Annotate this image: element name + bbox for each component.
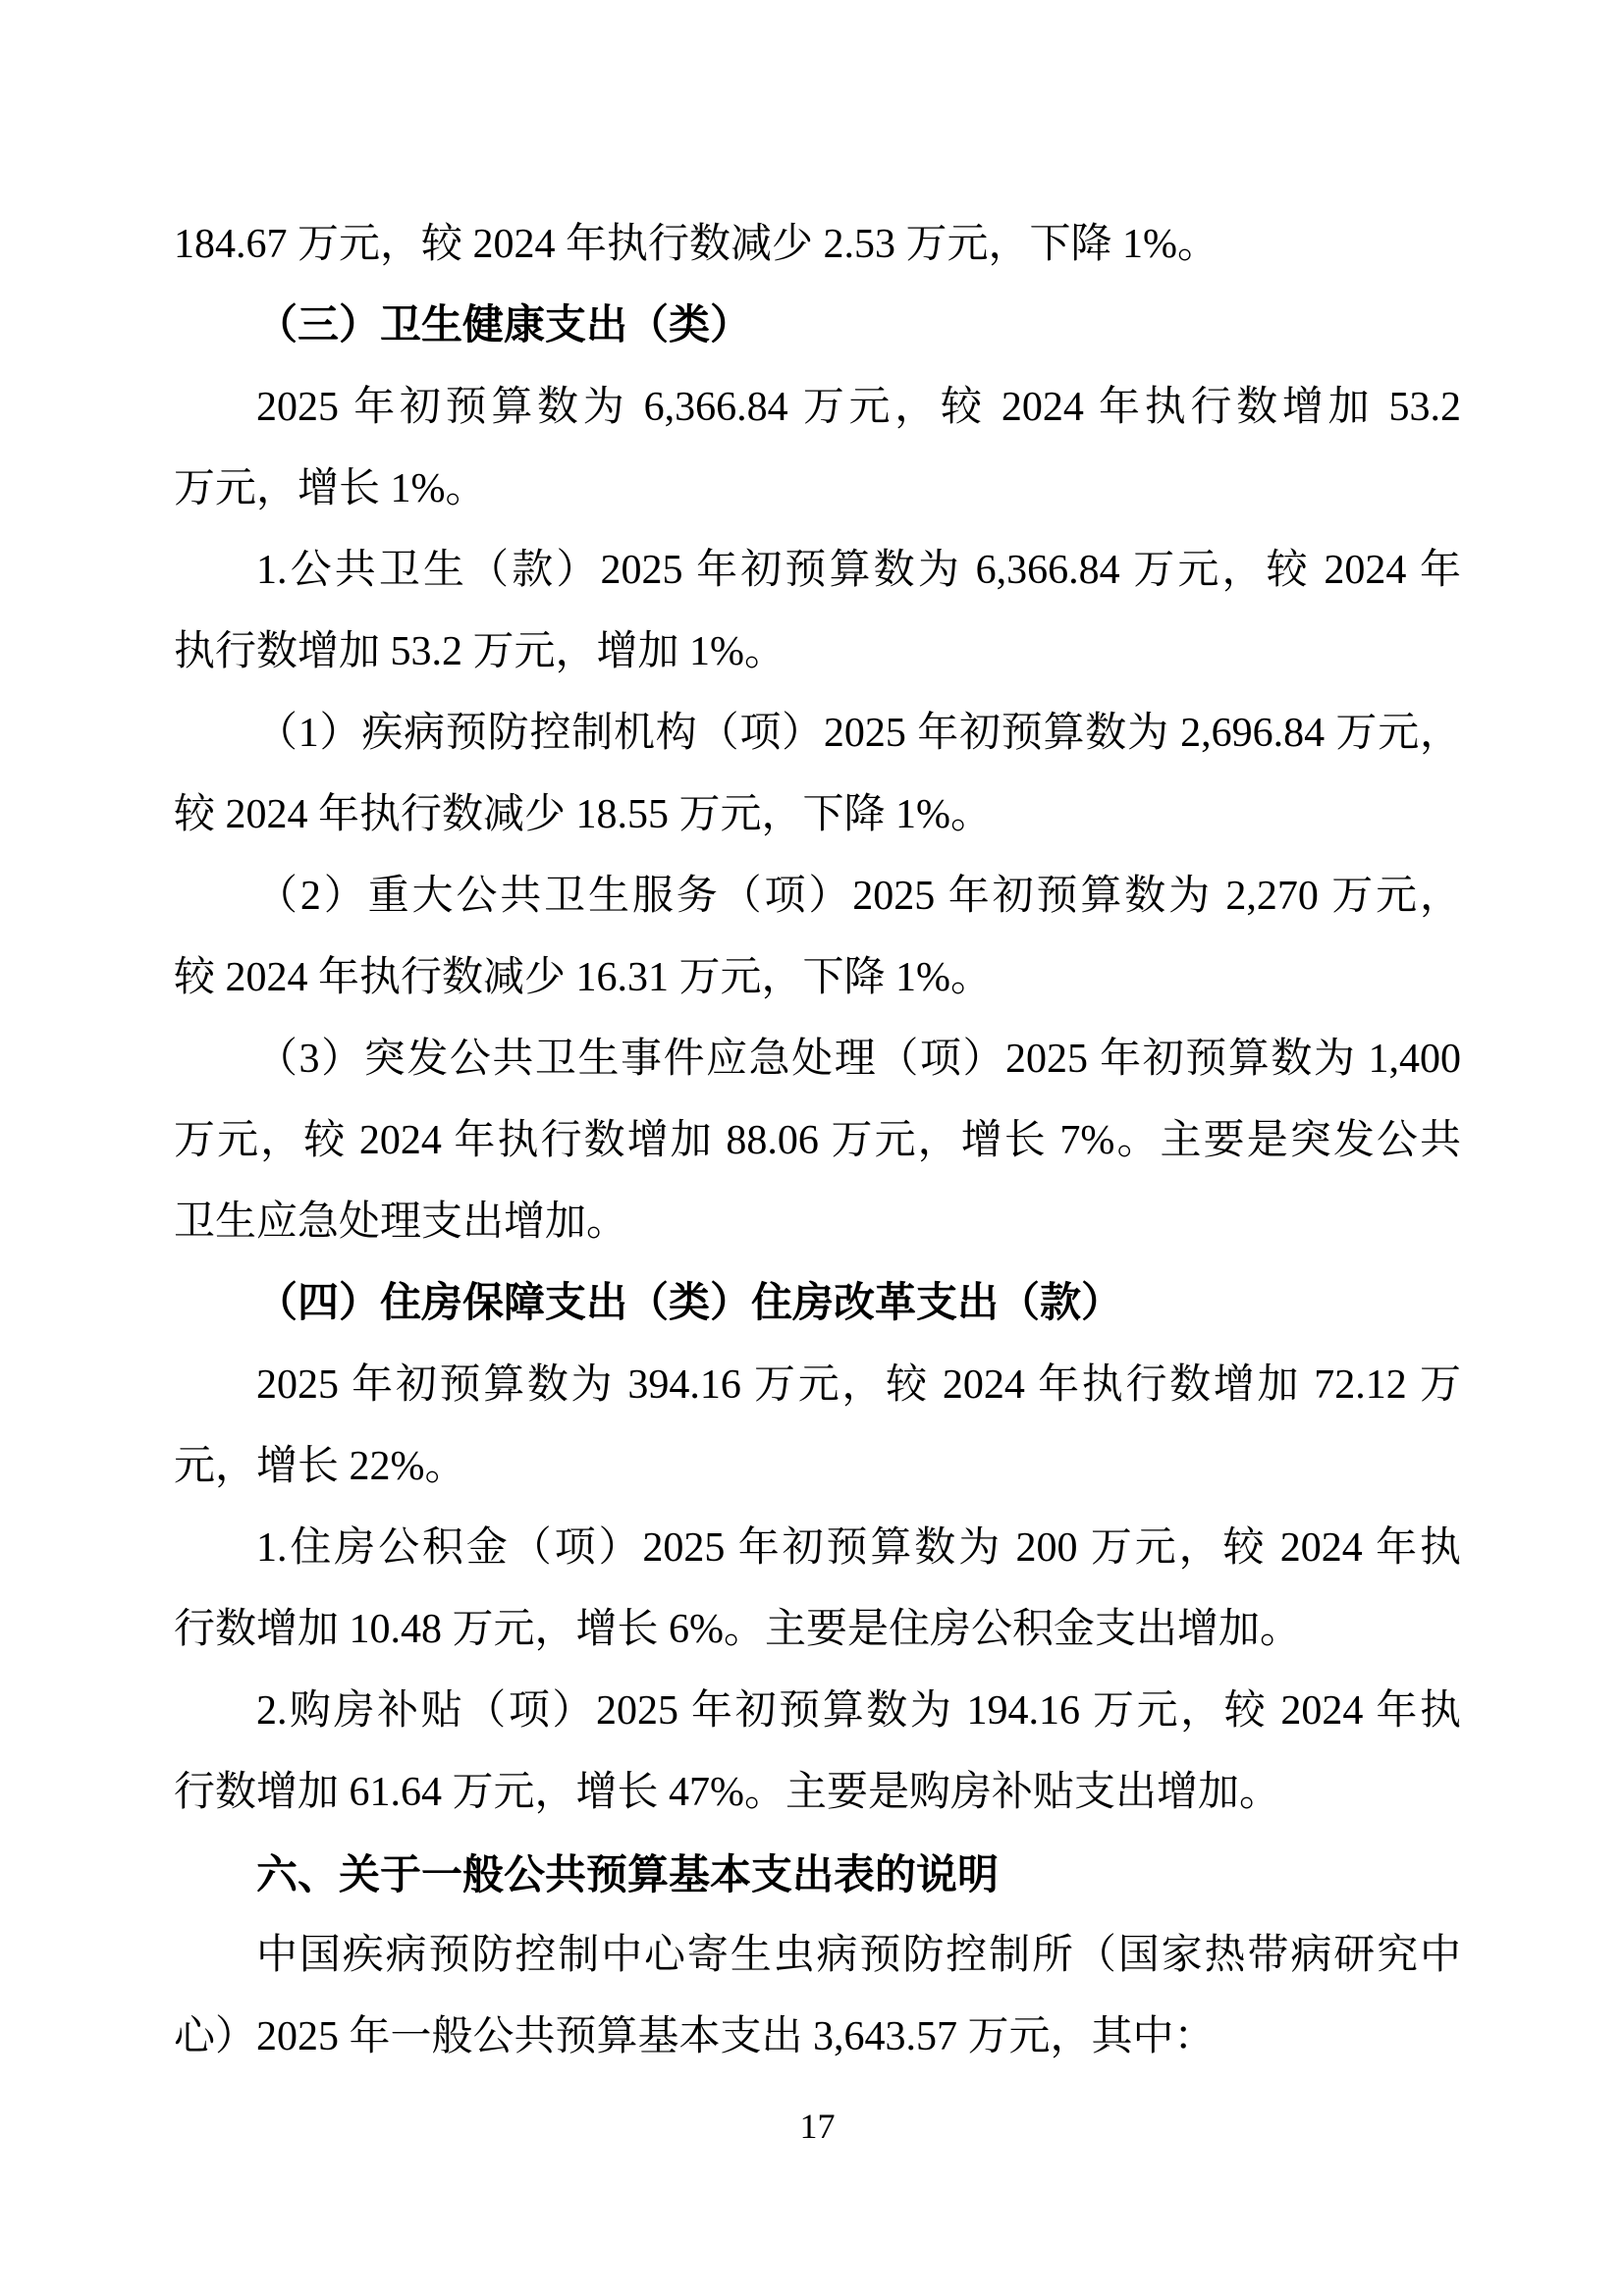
text-line: 较 2024 年执行数减少 16.31 万元，下降 1%。: [174, 937, 1461, 1019]
text-line: 元，增长 22%。: [174, 1426, 1461, 1508]
text-line: （3）突发公共卫生事件应急处理（项）2025 年初预算数为 1,400: [174, 1019, 1461, 1100]
section-heading: 六、关于一般公共预算基本支出表的说明: [174, 1834, 1461, 1915]
text-line: 2025 年初预算数为 6,366.84 万元，较 2024 年执行数增加 53…: [174, 367, 1461, 449]
text-line: 万元，较 2024 年执行数增加 88.06 万元，增长 7%。主要是突发公共: [174, 1100, 1461, 1182]
paragraph: （1）疾病预防控制机构（项）2025 年初预算数为 2,696.84 万元，较 …: [174, 693, 1461, 856]
text-line: （三）卫生健康支出（类）: [174, 286, 1461, 367]
section-heading: （三）卫生健康支出（类）: [174, 286, 1461, 367]
text-line: （四）住房保障支出（类）住房改革支出（款）: [174, 1263, 1461, 1345]
paragraph: 1.住房公积金（项）2025 年初预算数为 200 万元，较 2024 年执行数…: [174, 1508, 1461, 1671]
text-line: 行数增加 61.64 万元，增长 47%。主要是购房补贴支出增加。: [174, 1752, 1461, 1834]
paragraph: （2）重大公共卫生服务（项）2025 年初预算数为 2,270 万元，较 202…: [174, 856, 1461, 1019]
paragraph: （3）突发公共卫生事件应急处理（项）2025 年初预算数为 1,400万元，较 …: [174, 1019, 1461, 1263]
text-line: 1.住房公积金（项）2025 年初预算数为 200 万元，较 2024 年执: [174, 1508, 1461, 1589]
text-line: 1.公共卫生（款）2025 年初预算数为 6,366.84 万元，较 2024 …: [174, 530, 1461, 612]
text-line: 中国疾病预防控制中心寄生虫病预防控制所（国家热带病研究中: [174, 1915, 1461, 1997]
text-line: （1）疾病预防控制机构（项）2025 年初预算数为 2,696.84 万元，: [174, 693, 1461, 774]
text-line: 184.67 万元，较 2024 年执行数减少 2.53 万元，下降 1%。: [174, 204, 1461, 286]
text-line: 2.购房补贴（项）2025 年初预算数为 194.16 万元，较 2024 年执: [174, 1671, 1461, 1752]
document-page: 184.67 万元，较 2024 年执行数减少 2.53 万元，下降 1%。（三…: [0, 0, 1624, 2296]
text-line: 较 2024 年执行数减少 18.55 万元，下降 1%。: [174, 774, 1461, 856]
text-line: 心）2025 年一般公共预算基本支出 3,643.57 万元，其中：: [174, 1997, 1461, 2078]
paragraph: 2025 年初预算数为 6,366.84 万元，较 2024 年执行数增加 53…: [174, 367, 1461, 530]
section-heading: （四）住房保障支出（类）住房改革支出（款）: [174, 1263, 1461, 1345]
paragraph: 1.公共卫生（款）2025 年初预算数为 6,366.84 万元，较 2024 …: [174, 530, 1461, 693]
text-line: 六、关于一般公共预算基本支出表的说明: [174, 1834, 1461, 1915]
text-line: （2）重大公共卫生服务（项）2025 年初预算数为 2,270 万元，: [174, 856, 1461, 937]
paragraph: 2.购房补贴（项）2025 年初预算数为 194.16 万元，较 2024 年执…: [174, 1671, 1461, 1834]
text-line: 行数增加 10.48 万元，增长 6%。主要是住房公积金支出增加。: [174, 1589, 1461, 1671]
text-line: 万元，增长 1%。: [174, 449, 1461, 530]
page-number: 17: [174, 2107, 1461, 2146]
paragraph: 中国疾病预防控制中心寄生虫病预防控制所（国家热带病研究中心）2025 年一般公共…: [174, 1915, 1461, 2078]
paragraph: 2025 年初预算数为 394.16 万元，较 2024 年执行数增加 72.1…: [174, 1345, 1461, 1508]
text-line: 2025 年初预算数为 394.16 万元，较 2024 年执行数增加 72.1…: [174, 1345, 1461, 1426]
document-body: 184.67 万元，较 2024 年执行数减少 2.53 万元，下降 1%。（三…: [174, 204, 1461, 2078]
text-line: 卫生应急处理支出增加。: [174, 1182, 1461, 1263]
text-line: 执行数增加 53.2 万元，增加 1%。: [174, 612, 1461, 693]
paragraph: 184.67 万元，较 2024 年执行数减少 2.53 万元，下降 1%。: [174, 204, 1461, 286]
